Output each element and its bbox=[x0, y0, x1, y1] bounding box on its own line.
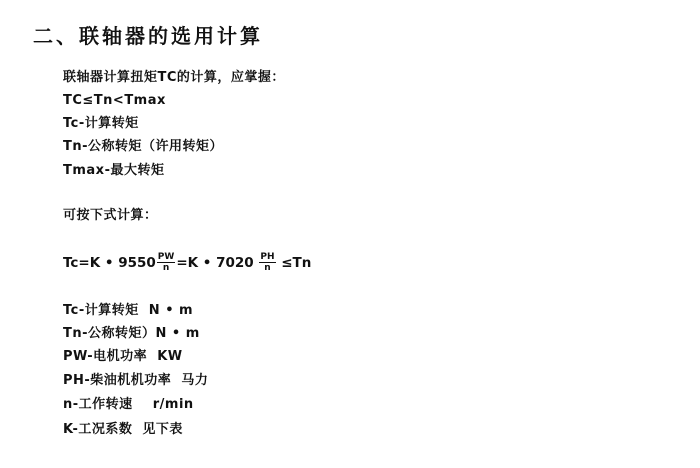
intro-heading: 联轴器计算扭矩TC的计算，应掌握： bbox=[63, 69, 285, 87]
fraction-denominator: n bbox=[162, 263, 170, 273]
calc-prompt: 可按下式计算： bbox=[63, 207, 158, 225]
definition-pw: PW-电机功率 KW bbox=[63, 348, 183, 366]
torque-formula: Tc=K • 9550 PW n =K • 7020 PH n ≤Tn bbox=[63, 248, 311, 278]
definition-k: K-工况系数 见下表 bbox=[63, 421, 183, 439]
definition-ph: PH-柴油机机功率 马力 bbox=[63, 372, 208, 390]
intro-line-tc: Tc-计算转矩 bbox=[63, 115, 139, 133]
definition-n: n-工作转速 r/min bbox=[63, 396, 194, 414]
definition-tc: Tc-计算转矩 N • m bbox=[63, 302, 193, 320]
intro-line-inequality: TC≤Tn<Tmax bbox=[63, 92, 166, 110]
intro-line-tmax: Tmax-最大转矩 bbox=[63, 162, 164, 180]
intro-line-tn: Tn-公称转矩（许用转矩） bbox=[63, 138, 223, 156]
section-title: 二、联轴器的选用计算 bbox=[33, 22, 263, 50]
fraction-numerator: PH bbox=[259, 252, 275, 263]
formula-rhs: ≤Tn bbox=[277, 255, 312, 271]
definition-tn: Tn-公称转矩）N • m bbox=[63, 325, 200, 343]
formula-lhs: Tc=K • 9550 bbox=[63, 255, 156, 271]
fraction-ph-over-n: PH n bbox=[259, 252, 275, 273]
formula-mid: =K • 7020 bbox=[176, 255, 258, 271]
fraction-denominator: n bbox=[263, 263, 271, 273]
fraction-pw-over-n: PW n bbox=[157, 252, 176, 273]
fraction-numerator: PW bbox=[157, 252, 176, 263]
